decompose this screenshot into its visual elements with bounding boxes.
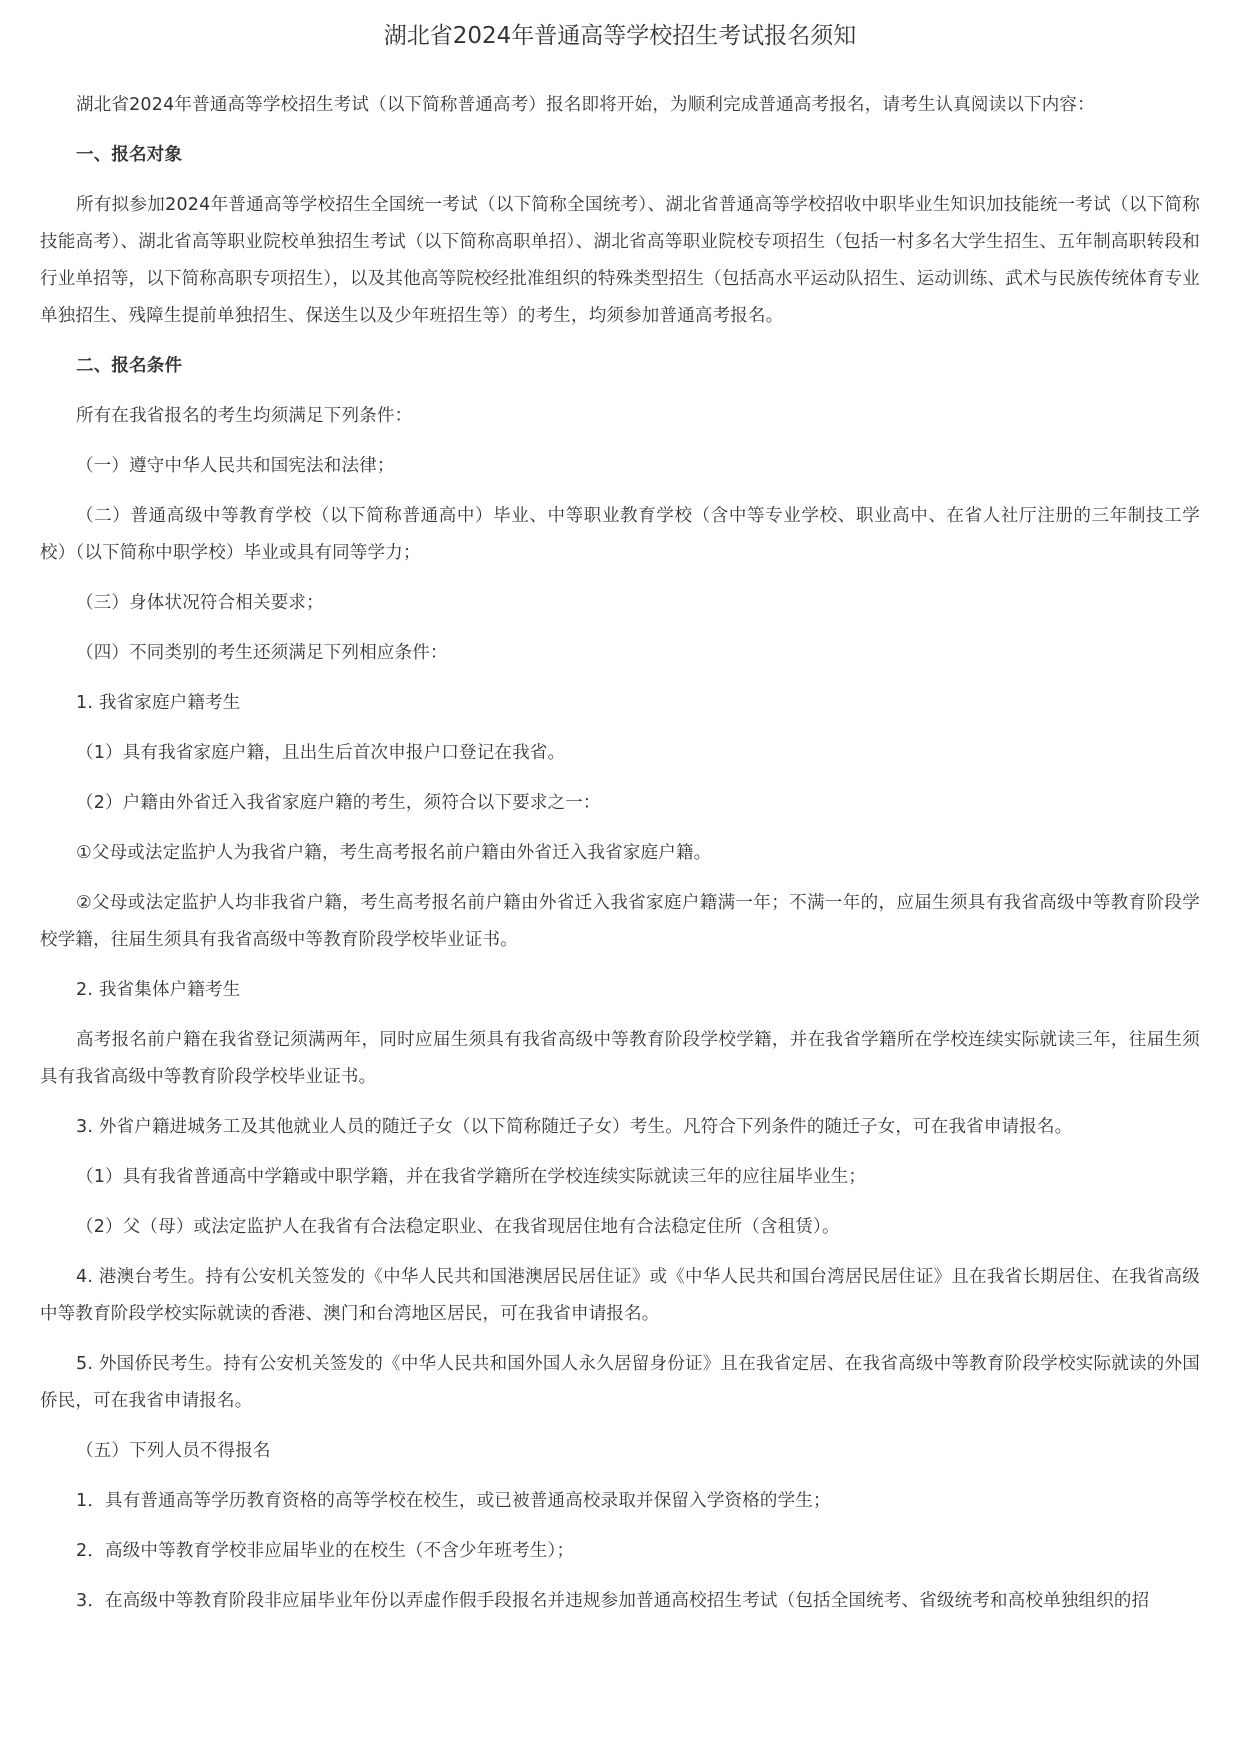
condition-1: （一）遵守中华人民共和国宪法和法律； [40, 448, 1200, 485]
category-local-household: 1. 我省家庭户籍考生 [40, 685, 1200, 722]
category-hk-macao-taiwan: 4. 港澳台考生。持有公安机关签发的《中华人民共和国港澳居民居住证》或《中华人民… [40, 1259, 1200, 1333]
ineligible-item-2: 2．高级中等教育学校非应届毕业的在校生（不含少年班考生）； [40, 1533, 1200, 1570]
document-page: 湖北省2024年普通高等学校招生考试报名须知 湖北省2024年普通高等学校招生考… [0, 0, 1240, 1753]
migrant-children-rule-2: （2）父（母）或法定监护人在我省有合法稳定职业、在我省现居住地有合法稳定住所（含… [40, 1209, 1200, 1246]
local-household-rule-2a: ①父母或法定监护人为我省户籍，考生高考报名前户籍由外省迁入我省家庭户籍。 [40, 835, 1200, 872]
condition-4: （四）不同类别的考生还须满足下列相应条件： [40, 635, 1200, 672]
local-household-rule-1: （1）具有我省家庭户籍，且出生后首次申报户口登记在我省。 [40, 735, 1200, 772]
intro-paragraph: 湖北省2024年普通高等学校招生考试（以下简称普通高考）报名即将开始，为顺利完成… [40, 87, 1200, 124]
condition-3: （三）身体状况符合相关要求； [40, 585, 1200, 622]
migrant-children-rule-1: （1）具有我省普通高中学籍或中职学籍，并在我省学籍所在学校连续实际就读三年的应往… [40, 1159, 1200, 1196]
category-migrant-children: 3. 外省户籍进城务工及其他就业人员的随迁子女（以下简称随迁子女）考生。凡符合下… [40, 1109, 1200, 1146]
local-household-rule-2b: ②父母或法定监护人均非我省户籍，考生高考报名前户籍由外省迁入我省家庭户籍满一年；… [40, 885, 1200, 959]
document-title: 湖北省2024年普通高等学校招生考试报名须知 [40, 0, 1200, 74]
condition-2: （二）普通高级中等教育学校（以下简称普通高中）毕业、中等职业教育学校（含中等专业… [40, 498, 1200, 572]
collective-household-rule: 高考报名前户籍在我省登记须满两年，同时应届生须具有我省高级中等教育阶段学校学籍，… [40, 1022, 1200, 1096]
condition-5-ineligible: （五）下列人员不得报名 [40, 1433, 1200, 1470]
conditions-intro: 所有在我省报名的考生均须满足下列条件： [40, 398, 1200, 435]
applicants-paragraph: 所有拟参加2024年普通高等学校招生全国统一考试（以下简称全国统考）、湖北省普通… [40, 187, 1200, 335]
section-heading-applicants: 一、报名对象 [40, 137, 1200, 174]
ineligible-item-1: 1．具有普通高等学历教育资格的高等学校在校生，或已被普通高校录取并保留入学资格的… [40, 1483, 1200, 1520]
category-foreign-residents: 5. 外国侨民考生。持有公安机关签发的《中华人民共和国外国人永久居留身份证》且在… [40, 1346, 1200, 1420]
local-household-rule-2: （2）户籍由外省迁入我省家庭户籍的考生，须符合以下要求之一： [40, 785, 1200, 822]
ineligible-item-3: 3．在高级中等教育阶段非应届毕业年份以弄虚作假手段报名并违规参加普通高校招生考试… [40, 1583, 1200, 1620]
category-collective-household: 2. 我省集体户籍考生 [40, 972, 1200, 1009]
section-heading-conditions: 二、报名条件 [40, 348, 1200, 385]
